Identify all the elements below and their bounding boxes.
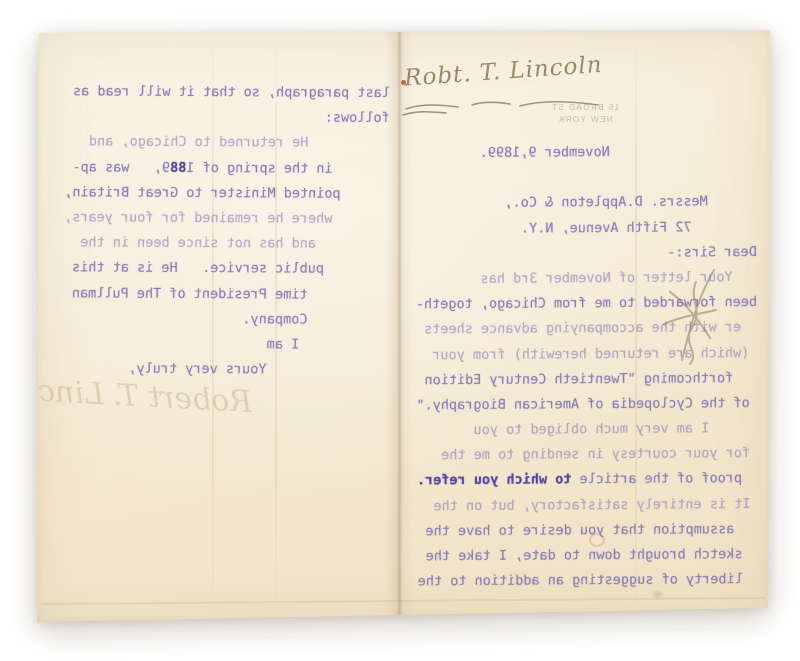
pencil-underline-flourish: [400, 92, 610, 122]
typed-line: I am: [38, 331, 389, 358]
mirrored-ink-layer: last paragraph, so that it will read asf…: [37, 30, 400, 622]
typed-line: [402, 164, 756, 192]
typed-line: where he remained for four years,: [38, 205, 389, 232]
typed-line: liberty of suggesting an addition to the: [405, 567, 759, 595]
typed-line: assumption that you desire to have the: [405, 517, 759, 545]
page-one: 15 BROAD ST NEW YORK November 9,1899. Me…: [400, 30, 770, 622]
typed-line: last paragraph, so that it will read as: [39, 79, 390, 106]
typed-line: of the Cyclopedia of American Biography.…: [404, 391, 758, 419]
letter-sheet-shadow: last paragraph, so that it will read asf…: [37, 30, 770, 622]
typed-line: proof of the article to which you refer.: [404, 466, 758, 494]
typed-line: pointed Minister to Great Britain,: [38, 180, 389, 207]
typed-line: follows:: [39, 104, 390, 131]
typed-line: and has not since been in the: [38, 230, 389, 257]
typed-line: He returned to Chicago, and: [39, 130, 390, 157]
typed-line: sketch brought down to date, I take the: [405, 542, 759, 570]
typed-line: time President of The Pullman: [38, 281, 389, 308]
typed-line: for your courtesy in sending to me the: [404, 441, 758, 469]
typed-line: I am very much obliged to you: [404, 416, 758, 444]
typed-line: in the spring of 1889, was ap-: [38, 155, 389, 182]
pencil-scribble: [652, 264, 730, 376]
typed-line: It is entirely satisfactory, but on the: [404, 492, 758, 520]
typed-line: Messrs. D.Appleton & Co.,: [402, 189, 756, 217]
letter-sheet: last paragraph, so that it will read asf…: [37, 30, 770, 622]
red-fleck: [401, 80, 406, 85]
page-two: last paragraph, so that it will read asf…: [37, 30, 400, 622]
typed-line: November 9,1899.: [402, 139, 756, 167]
typed-line: public service. He is at this: [38, 255, 389, 282]
typed-line: Company.: [38, 306, 389, 333]
typed-text-page2: last paragraph, so that it will read asf…: [37, 79, 390, 383]
typed-line: 72 Fifth Avenue, N.Y.: [403, 215, 757, 243]
